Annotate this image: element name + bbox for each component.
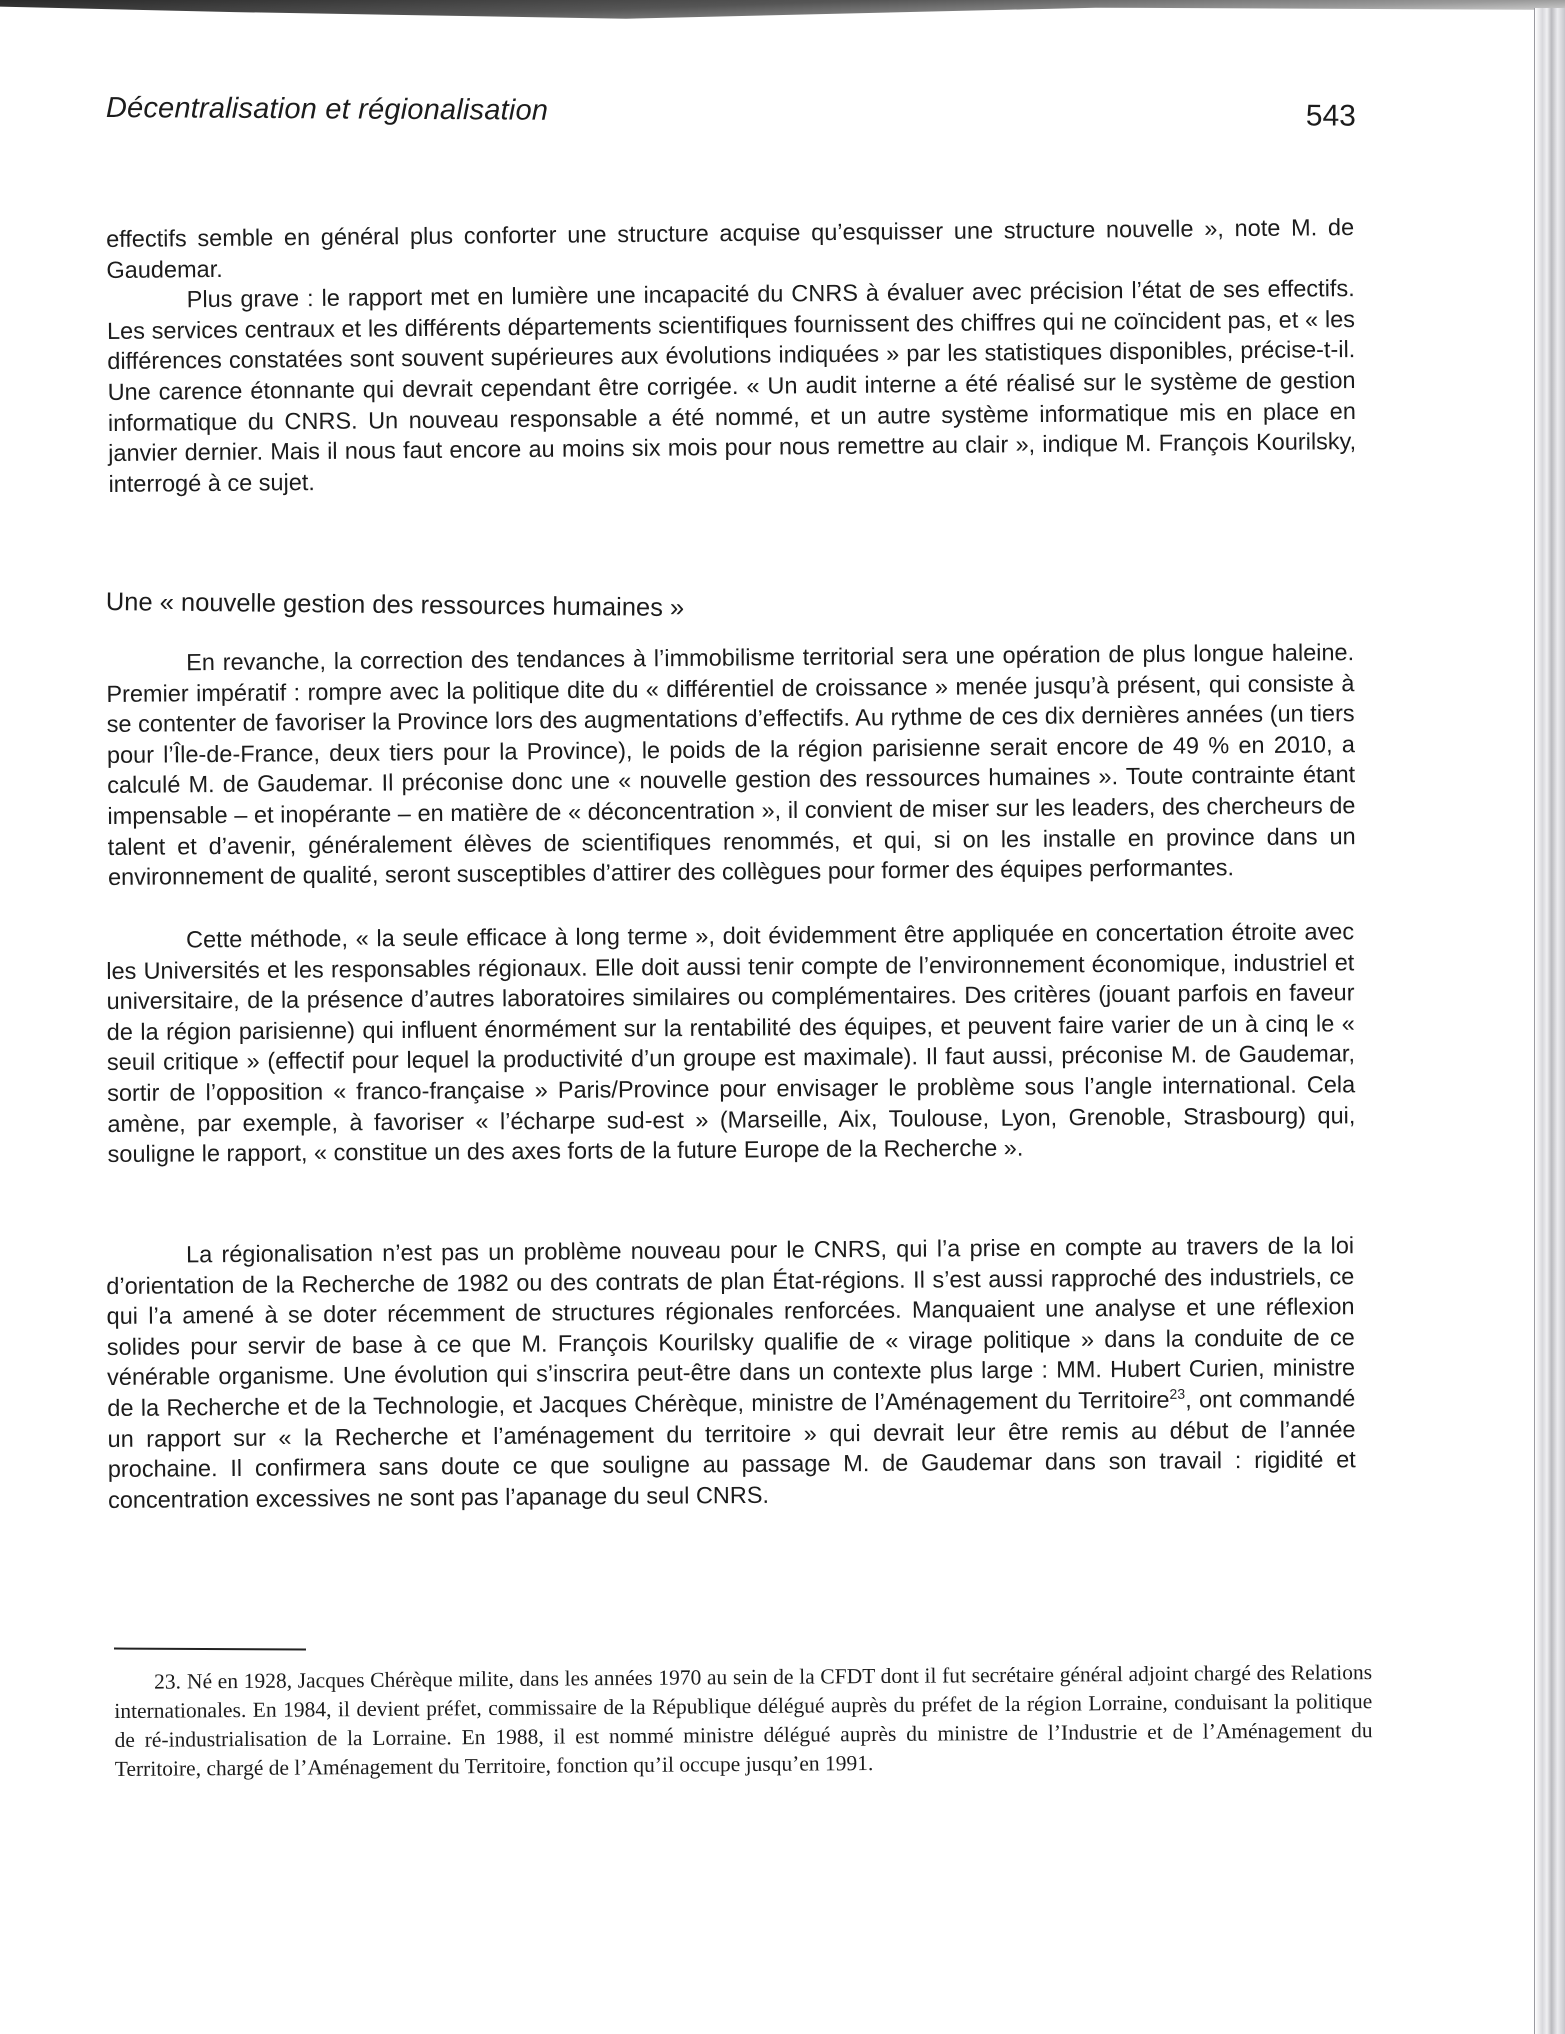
paragraph: La régionalisation n’est pas un problème… [106,1230,1356,1515]
footnotes: 23.Né en 1928, Jacques Chérèque milite, … [114,1658,1373,1784]
footnote-number: 23. [154,1669,181,1693]
scan-top-edge [0,0,1565,22]
running-head: Décentralisation et régionalisation 543 [106,92,1356,133]
page-number: 543 [1306,99,1356,133]
body-text-section-3: La régionalisation n’est pas un problème… [106,1230,1356,1515]
paragraph: En revanche, la correction des tendances… [106,637,1356,893]
footnote-text: Né en 1928, Jacques Chérèque milite, dan… [114,1660,1372,1781]
paragraph-text: La régionalisation n’est pas un problème… [106,1232,1355,1421]
body-text-opening: effectifs semble en général plus confort… [106,212,1357,499]
paragraph: Cette méthode, « la seule efficace à lon… [106,916,1356,1169]
page-edge-stack [1534,8,1565,2034]
paragraph: Plus grave : le rapport met en lumière u… [107,273,1357,499]
section-heading: Une « nouvelle gestion des ressources hu… [106,588,685,623]
footnote-separator [114,1647,306,1650]
footnote-reference[interactable]: 23 [1169,1386,1185,1402]
body-text-section-2: Cette méthode, « la seule efficace à lon… [106,916,1356,1169]
footnote-item: 23.Né en 1928, Jacques Chérèque milite, … [114,1658,1373,1784]
body-text-section-1: En revanche, la correction des tendances… [106,637,1356,893]
running-title: Décentralisation et régionalisation [106,92,548,127]
